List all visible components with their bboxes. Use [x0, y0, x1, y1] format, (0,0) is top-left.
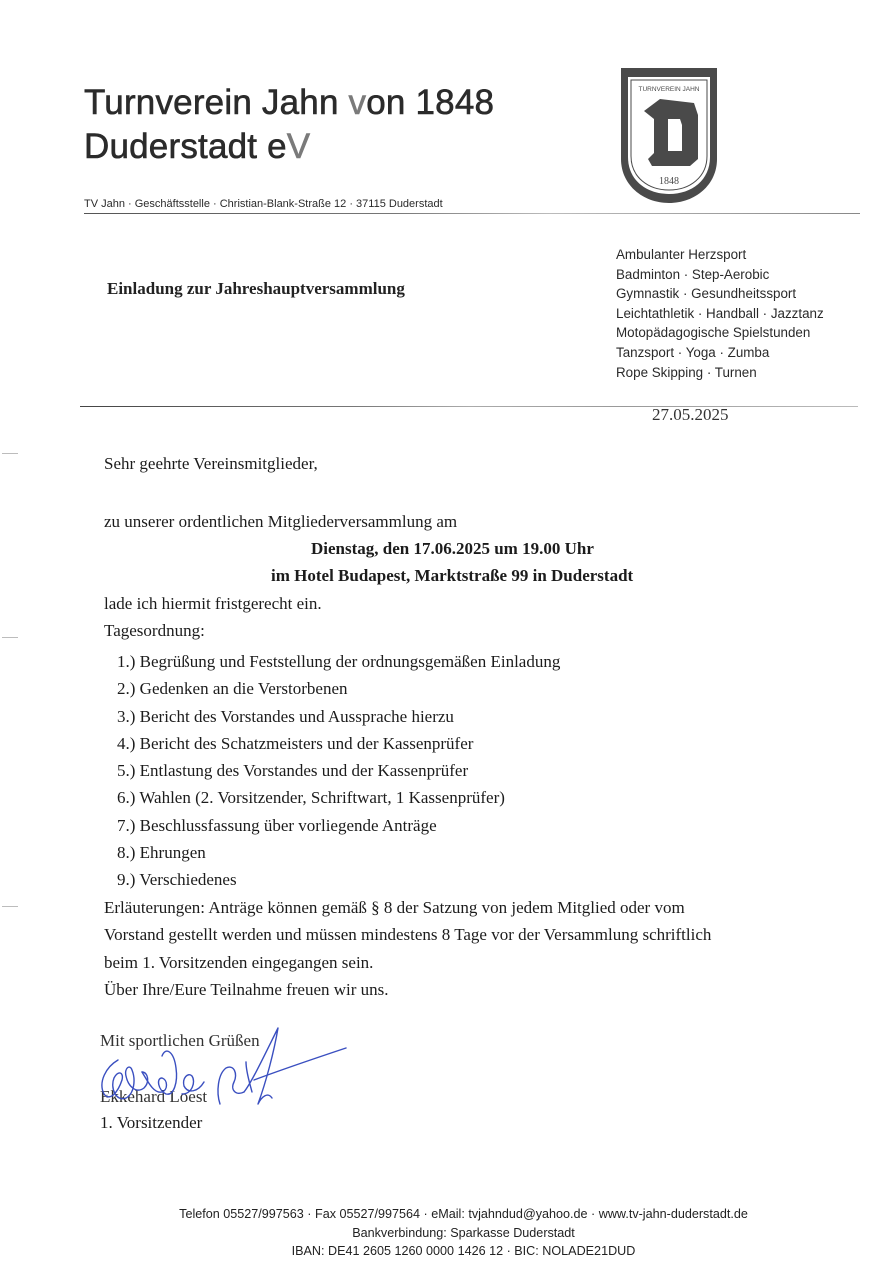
- footer-bank: Bankverbindung: Sparkasse Duderstadt: [17, 1226, 893, 1240]
- org-name-accent-letter: V: [287, 127, 311, 166]
- sports-list-item: Leichtathletik · Handball · Jazztanz: [616, 304, 824, 324]
- sports-list-item: Badminton · Step-Aerobic: [616, 265, 824, 285]
- organization-name-line-2: Duderstadt eV: [84, 125, 494, 169]
- footer-iban-bic: IBAN: DE41 2605 1260 0000 1426 12 · BIC:…: [17, 1244, 893, 1258]
- agenda-item: 4.) Bericht des Schatzmeisters und der K…: [117, 730, 560, 757]
- letter-date: 27.05.2025: [652, 405, 729, 425]
- meeting-location: im Hotel Budapest, Marktstraße 99 in Dud…: [271, 566, 633, 586]
- org-name-part: Turnverein Jahn: [84, 83, 349, 122]
- agenda-item: 3.) Bericht des Vorstandes und Aussprach…: [117, 703, 560, 730]
- agenda-item: 7.) Beschlussfassung über vorliegende An…: [117, 812, 560, 839]
- sports-list-item: Gymnastik · Gesundheitssport: [616, 284, 824, 304]
- handwritten-signature: [96, 1022, 356, 1122]
- sender-address-line: TV Jahn · Geschäftsstelle · Christian-Bl…: [84, 198, 443, 210]
- sports-list-item: Motopädagogische Spielstunden: [616, 323, 824, 343]
- svg-text:1848: 1848: [659, 176, 679, 187]
- agenda-item: 2.) Gedenken an die Verstorbenen: [117, 675, 560, 702]
- footer-contact: Telefon 05527/997563 · Fax 05527/997564 …: [17, 1207, 893, 1221]
- invite-text: lade ich hiermit fristgerecht ein.: [104, 594, 322, 614]
- agenda-list: 1.) Begrüßung und Feststellung der ordnu…: [117, 648, 560, 894]
- sports-list-item: Rope Skipping · Turnen: [616, 363, 824, 383]
- sports-list-item: Tanzsport · Yoga · Zumba: [616, 343, 824, 363]
- intro-text: zu unserer ordentlichen Mitgliederversam…: [104, 512, 457, 532]
- org-name-part: on 1848: [366, 83, 494, 122]
- header-divider: [84, 213, 860, 214]
- sports-offerings-list: Ambulanter HerzsportBadminton · Step-Aer…: [616, 245, 824, 382]
- notes-line: Erläuterungen: Anträge können gemäß § 8 …: [104, 894, 711, 921]
- explanatory-notes: Erläuterungen: Anträge können gemäß § 8 …: [104, 894, 711, 1003]
- meeting-date-time: Dienstag, den 17.06.2025 um 19.00 Uhr: [311, 539, 594, 559]
- club-crest-logo: TURNVEREIN JAHN 1848: [620, 67, 718, 204]
- org-name-accent-letter: v: [349, 83, 367, 122]
- notes-line: beim 1. Vorsitzenden eingegangen sein.: [104, 949, 711, 976]
- agenda-item: 6.) Wahlen (2. Vorsitzender, Schriftwart…: [117, 784, 560, 811]
- punch-mark: [2, 637, 18, 638]
- letter-subject: Einladung zur Jahreshauptversammlung: [107, 279, 405, 299]
- organization-name-line-1: Turnverein Jahn von 1848: [84, 81, 494, 125]
- sports-list-item: Ambulanter Herzsport: [616, 245, 824, 265]
- agenda-item: 9.) Verschiedenes: [117, 866, 560, 893]
- agenda-item: 8.) Ehrungen: [117, 839, 560, 866]
- agenda-item: 5.) Entlastung des Vorstandes und der Ka…: [117, 757, 560, 784]
- organization-name: Turnverein Jahn von 1848 Duderstadt eV: [84, 81, 494, 169]
- date-divider: [80, 406, 858, 407]
- svg-text:TURNVEREIN JAHN: TURNVEREIN JAHN: [638, 86, 699, 93]
- notes-line: Über Ihre/Eure Teilnahme freuen wir uns.: [104, 976, 711, 1003]
- agenda-title: Tagesordnung:: [104, 621, 205, 641]
- salutation: Sehr geehrte Vereinsmitglieder,: [104, 454, 318, 474]
- fold-mark: [2, 906, 18, 907]
- fold-mark: [2, 453, 18, 454]
- org-name-part: Duderstadt e: [84, 127, 287, 166]
- agenda-item: 1.) Begrüßung und Feststellung der ordnu…: [117, 648, 560, 675]
- notes-line: Vorstand gestellt werden und müssen mind…: [104, 921, 711, 948]
